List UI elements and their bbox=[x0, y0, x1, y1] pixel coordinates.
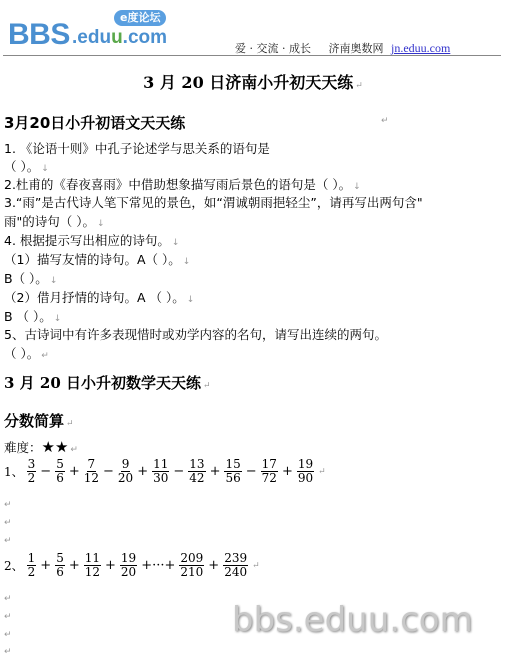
paragraph-mark-icon: ↵ bbox=[381, 116, 389, 126]
numerator: 9 bbox=[121, 458, 131, 472]
operator: − bbox=[40, 464, 51, 479]
numerator: 209 bbox=[179, 552, 204, 566]
denominator: 12 bbox=[84, 472, 99, 485]
operator: + bbox=[210, 464, 221, 479]
subheading-text: 分数简算 bbox=[4, 412, 64, 430]
denominator: 72 bbox=[262, 472, 277, 485]
line-text: B（ ）。 bbox=[4, 271, 48, 286]
denominator: 6 bbox=[56, 472, 64, 485]
denominator: 20 bbox=[121, 566, 136, 579]
operator: + bbox=[137, 464, 148, 479]
denominator: 12 bbox=[85, 566, 100, 579]
line-break-icon: ↓ bbox=[187, 295, 195, 305]
fraction: 1920 bbox=[120, 552, 137, 579]
numerator: 19 bbox=[297, 458, 314, 472]
fraction: 239240 bbox=[223, 552, 248, 579]
operator: + bbox=[40, 558, 51, 573]
logo-u-accent: u bbox=[111, 27, 123, 48]
math-heading-text: 3 月 20 日小升初数学天天练 bbox=[4, 374, 201, 392]
line-break-icon: ↓ bbox=[183, 257, 191, 267]
paragraph-mark-icon: ↵ bbox=[41, 351, 49, 361]
problem-index: 2、 bbox=[4, 557, 24, 574]
numerator: 11 bbox=[84, 552, 101, 566]
fraction: 1112 bbox=[84, 552, 101, 579]
line-text: （2）借月抒情的诗句。A （ ）。 bbox=[4, 290, 185, 305]
denominator: 2 bbox=[28, 566, 36, 579]
paragraph-mark-icon: ↵ bbox=[252, 561, 260, 571]
fraction: 1990 bbox=[297, 458, 314, 485]
numerator: 7 bbox=[87, 458, 97, 472]
difficulty-label: 难度： bbox=[4, 440, 42, 455]
operator: + bbox=[208, 558, 219, 573]
denominator: 20 bbox=[118, 472, 133, 485]
line-text: （ ）。 bbox=[4, 159, 39, 174]
chinese-question-4-1b: B（ ）。↓ bbox=[4, 271, 57, 289]
fraction: 1130 bbox=[152, 458, 169, 485]
page-header: BBS .eduu.com e度论坛 爱 · 交流 · 成长 济南奥数网 jn.… bbox=[0, 0, 506, 58]
chinese-question-1-blank: （ ）。↓ bbox=[4, 159, 49, 177]
denominator: 90 bbox=[298, 472, 313, 485]
line-text: 雨"的诗句（ ）。 bbox=[4, 214, 95, 229]
difficulty-rating: 难度：★★↵ bbox=[4, 438, 78, 456]
site-link[interactable]: jn.eduu.com bbox=[391, 41, 450, 55]
numerator: 15 bbox=[224, 458, 241, 472]
fraction: 56 bbox=[55, 552, 65, 579]
paragraph-mark-icon: ↵ bbox=[4, 612, 12, 622]
operator: + bbox=[282, 464, 293, 479]
chinese-question-4: 4. 根据提示写出相应的诗句。↓ bbox=[4, 233, 179, 251]
line-text: （1）描写友情的诗句。A（ ）。 bbox=[4, 252, 181, 267]
operator: + bbox=[105, 558, 116, 573]
paragraph-mark-icon: ↵ bbox=[66, 419, 74, 429]
logo-edu: .edu bbox=[72, 27, 111, 48]
title-text: 3 月 20 日济南小升初天天练 bbox=[143, 73, 353, 92]
chinese-question-4-1a: （1）描写友情的诗句。A（ ）。↓ bbox=[4, 252, 190, 270]
denominator: 2 bbox=[28, 472, 36, 485]
chinese-question-3-cont: 雨"的诗句（ ）。↓ bbox=[4, 214, 105, 232]
paragraph-mark-icon: ↵ bbox=[4, 647, 12, 655]
paragraph-mark-icon: ↵ bbox=[4, 518, 12, 528]
numerator: 13 bbox=[188, 458, 205, 472]
line-break-icon: ↓ bbox=[50, 276, 58, 286]
fraction: 12 bbox=[27, 552, 37, 579]
math-problem-1: 1、 32 − 56 + 712 − 920 + 1130 − 1342 + 1… bbox=[4, 458, 326, 485]
operator: − bbox=[246, 464, 257, 479]
numerator: 17 bbox=[261, 458, 278, 472]
logo-com: .com bbox=[123, 27, 167, 48]
fraction: 1556 bbox=[224, 458, 241, 485]
numerator: 11 bbox=[152, 458, 169, 472]
paragraph-mark-icon: ↵ bbox=[4, 630, 12, 640]
chinese-question-5: 5、古诗词中有许多表现惜时或劝学内容的名句，请写出连续的两句。 bbox=[4, 327, 387, 343]
paragraph-mark-icon: ↵ bbox=[4, 594, 12, 604]
site-name: 济南奥数网 bbox=[328, 42, 383, 55]
numerator: 239 bbox=[223, 552, 248, 566]
chinese-question-4-2b: B （ ）。↓ bbox=[4, 309, 61, 327]
watermark: bbs.eduu.com bbox=[232, 600, 473, 640]
numerator: 19 bbox=[120, 552, 137, 566]
denominator: 210 bbox=[180, 566, 203, 579]
logo-domain-text: .eduu.com bbox=[72, 27, 167, 49]
line-text: 2.杜甫的《春夜喜雨》中借助想象描写雨后景色的语句是（ ）。 bbox=[4, 177, 351, 192]
math-problem-2: 2、 12 + 56 + 1112 + 1920 +···+ 209210 + … bbox=[4, 552, 260, 579]
line-text: 5、古诗词中有许多表现惜时或劝学内容的名句，请写出连续的两句。 bbox=[4, 327, 387, 342]
header-divider bbox=[3, 55, 501, 56]
chinese-question-5-blank: （ ）。↵ bbox=[4, 346, 49, 364]
operator: − bbox=[173, 464, 184, 479]
fraction: 56 bbox=[55, 458, 65, 485]
denominator: 42 bbox=[189, 472, 204, 485]
paragraph-mark-icon: ↵ bbox=[318, 467, 326, 477]
chinese-question-2: 2.杜甫的《春夜喜雨》中借助想象描写雨后景色的语句是（ ）。↓ bbox=[4, 177, 361, 195]
denominator: 30 bbox=[153, 472, 168, 485]
line-break-icon: ↓ bbox=[172, 238, 180, 248]
fraction: 209210 bbox=[179, 552, 204, 579]
fraction: 920 bbox=[118, 458, 133, 485]
logo-forum-badge: e度论坛 bbox=[114, 10, 166, 26]
numerator: 5 bbox=[55, 458, 65, 472]
fraction: 712 bbox=[84, 458, 99, 485]
paragraph-mark-icon: ↵ bbox=[4, 536, 12, 546]
line-break-icon: ↓ bbox=[41, 164, 49, 174]
chinese-question-4-2a: （2）借月抒情的诗句。A （ ）。↓ bbox=[4, 290, 194, 308]
paragraph-mark-icon: ↵ bbox=[4, 500, 12, 510]
line-text: 4. 根据提示写出相应的诗句。 bbox=[4, 233, 170, 248]
slogan-text: 爱 · 交流 · 成长 bbox=[235, 42, 311, 55]
fraction: 32 bbox=[27, 458, 37, 485]
chinese-question-3: 3.“雨”是古代诗人笔下常见的景色，如“渭诚朝雨挹轻尘”，请再写出两句含" bbox=[4, 195, 423, 211]
fraction: 1342 bbox=[188, 458, 205, 485]
header-slogan: 爱 · 交流 · 成长 济南奥数网 jn.eduu.com bbox=[235, 40, 450, 56]
bbs-eduu-logo[interactable]: BBS .eduu.com e度论坛 bbox=[8, 10, 178, 50]
chinese-question-1: 1. 《论语十则》中孔子论述学与思关系的语句是 bbox=[4, 141, 270, 157]
line-text: 3.“雨”是古代诗人笔下常见的景色，如“渭诚朝雨挹轻尘”，请再写出两句含" bbox=[4, 195, 423, 210]
operator: +···+ bbox=[141, 558, 175, 573]
line-text: B （ ）。 bbox=[4, 309, 52, 324]
denominator: 56 bbox=[225, 472, 240, 485]
paragraph-mark-icon: ↵ bbox=[355, 81, 363, 91]
line-text: 1. 《论语十则》中孔子论述学与思关系的语句是 bbox=[4, 141, 270, 156]
star-icons: ★★ bbox=[42, 438, 69, 456]
line-text: （ ）。 bbox=[4, 346, 39, 361]
numerator: 1 bbox=[27, 552, 37, 566]
denominator: 6 bbox=[56, 566, 64, 579]
line-break-icon: ↓ bbox=[353, 182, 361, 192]
logo-bbs-text: BBS bbox=[8, 18, 70, 52]
line-break-icon: ↓ bbox=[97, 219, 105, 229]
math-section-heading: 3 月 20 日小升初数学天天练↵ bbox=[4, 372, 211, 393]
operator: + bbox=[69, 558, 80, 573]
fraction: 1772 bbox=[261, 458, 278, 485]
chinese-heading-text: 3月20日小升初语文天天练 bbox=[4, 114, 185, 132]
numerator: 3 bbox=[27, 458, 37, 472]
operator: − bbox=[103, 464, 114, 479]
document-title: 3 月 20 日济南小升初天天练↵ bbox=[0, 70, 506, 93]
operator: + bbox=[69, 464, 80, 479]
denominator: 240 bbox=[224, 566, 247, 579]
paragraph-mark-icon: ↵ bbox=[70, 445, 78, 455]
fraction-subheading: 分数简算↵ bbox=[4, 410, 74, 431]
line-break-icon: ↓ bbox=[54, 314, 62, 324]
problem-index: 1、 bbox=[4, 463, 24, 480]
chinese-section-heading: 3月20日小升初语文天天练↵ bbox=[4, 112, 185, 133]
numerator: 5 bbox=[55, 552, 65, 566]
paragraph-mark-icon: ↵ bbox=[203, 381, 211, 391]
